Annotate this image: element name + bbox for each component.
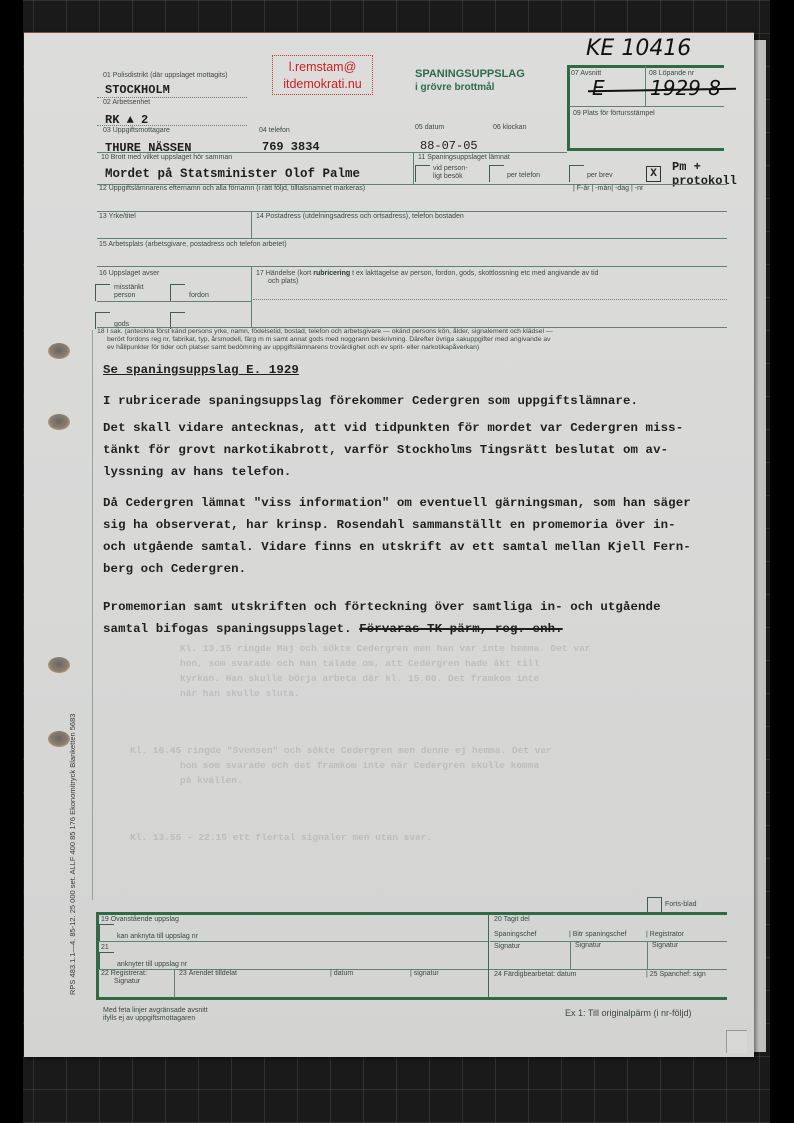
field-04-label: 04 telefon xyxy=(259,127,290,134)
divider xyxy=(251,266,252,328)
checkbox-suspect-person[interactable] xyxy=(95,284,110,301)
field-23-signature: | signatur xyxy=(410,970,439,977)
divider xyxy=(98,941,488,942)
field-22-label: 22 Registrerat: Signatur xyxy=(101,970,147,986)
body-paragraph-1: I rubricerade spaningsuppslag förekommer… xyxy=(103,394,638,408)
divider xyxy=(251,238,727,239)
checkbox-continuation-sheet[interactable] xyxy=(647,897,662,913)
note-line: ifylls ej av uppgiftsmottagaren xyxy=(103,1015,208,1023)
field-24-label: 24 Färdigbearbetat: datum xyxy=(494,971,577,978)
body-paragraph-3-line: sig ha observerat, har krinsp. Rosendahl… xyxy=(103,518,676,532)
body-paragraph-2-line: Det skall vidare antecknas, att vid tidp… xyxy=(103,421,683,435)
label-part: t ex lakttagelse av person, fordon, gods… xyxy=(352,270,598,277)
struck-text: Förvaras TK-pärm, reg. enh. xyxy=(359,622,562,636)
field-20-col-registrar: | Registrator xyxy=(646,931,684,938)
field-15-label: 15 Arbetsplats (arbetsgivare, postadress… xyxy=(99,241,287,248)
print-info-vertical: RPS 483.1.1—4. 85-12. 25 000 set. ALLF 4… xyxy=(68,714,77,995)
option-personal-visit: vid person- ligt besök xyxy=(433,165,468,181)
note-line: Med feta linjer avgränsade avsnitt xyxy=(103,1007,208,1015)
field-20-label: 20 Tagit del xyxy=(494,916,530,923)
body-heading: Se spaningsuppslag E. 1929 xyxy=(103,363,299,377)
email-stamp: l.remstam@ itdemokrati.nu xyxy=(272,55,373,95)
field-03-label: 03 Uppgiftsmottagare xyxy=(103,127,170,134)
field-10-label: 10 Brott med vilket uppslaget hör samman xyxy=(101,154,232,161)
field-13-label: 13 Yrke/titel xyxy=(99,213,136,220)
field-23-date: | datum xyxy=(330,970,353,977)
frame-left xyxy=(0,0,23,1123)
stamp-line: l.remstam@ xyxy=(273,59,372,76)
option-label: vid person- xyxy=(433,165,468,173)
label-part: rubricering xyxy=(313,270,350,277)
dotted-divider xyxy=(97,97,247,98)
body-paragraph-3-line: och utgående samtal. Vidare finns en uts… xyxy=(103,540,691,554)
signature-deputy: Signatur xyxy=(575,942,601,949)
field-12-date-columns: | F-år | -mån| -dag | -nr xyxy=(573,185,643,192)
checkbox-personal-visit[interactable] xyxy=(415,165,430,182)
dotted-divider xyxy=(253,299,727,300)
option-vehicle: fordon xyxy=(189,292,209,299)
field-02-label: 02 Arbetsenhet xyxy=(103,99,150,106)
field-21-label: 21 xyxy=(101,944,109,951)
field-16-label: 16 Uppslaget avser xyxy=(99,270,159,277)
divider xyxy=(488,914,489,998)
divider xyxy=(569,106,724,107)
field-07-handwritten: E xyxy=(592,76,605,100)
divider xyxy=(647,941,648,969)
divider xyxy=(97,152,567,153)
field-18-instructions: 18 I sak. (anteckna först känd persons y… xyxy=(97,328,553,352)
field-01-label: 01 Polisdistrikt (där uppslaget mottagit… xyxy=(103,72,228,79)
case-number-handwritten: KE 10416 xyxy=(586,36,691,61)
paper-edge xyxy=(754,40,766,1052)
divider xyxy=(97,211,727,212)
punch-hole-icon xyxy=(48,414,70,430)
option-by-phone: per telefon xyxy=(507,172,540,179)
checkbox-can-link[interactable] xyxy=(99,924,114,941)
body-paragraph-2-line: tänkt för grovt narkotikabrott, varför S… xyxy=(103,443,668,457)
field-23-label: 23 Ärendet tilldelat xyxy=(179,970,237,977)
field-09-label: 09 Plats för förtursstämpel xyxy=(573,110,655,117)
body-paragraph-2-line: lyssning av hans telefon. xyxy=(103,465,291,479)
thick-border xyxy=(567,65,570,151)
divider xyxy=(174,969,175,998)
checkbox-by-phone[interactable] xyxy=(489,165,504,182)
field-05-value: 88-07-05 xyxy=(420,139,478,153)
divider xyxy=(645,66,646,106)
field-20-col-deputy: | Bitr spaningschef xyxy=(569,931,626,938)
field-10-value: Mordet på Statsminister Olof Palme xyxy=(105,167,360,181)
copy-destination-note: Ex 1: Till originalpärm (i nr-följd) xyxy=(565,1008,692,1018)
punch-hole-icon xyxy=(48,657,70,673)
checkbox-vehicle[interactable] xyxy=(170,284,185,301)
divider xyxy=(97,301,251,302)
body-paragraph-4-line: Promemorian samt utskriften och förteckn… xyxy=(103,600,661,614)
field-06-label: 06 klockan xyxy=(493,124,526,131)
field-11-note-line1: Pm + xyxy=(672,160,701,174)
frame-right xyxy=(770,0,794,1123)
option-suspect-person: misstänkt person xyxy=(114,284,144,300)
divider xyxy=(97,266,727,267)
label-line: Signatur xyxy=(101,978,147,986)
thick-border xyxy=(96,997,727,1000)
body-paragraph-4-line: samtal bifogas spaningsuppslaget. Förvar… xyxy=(103,622,563,636)
field-21-option: anknyter till uppslag nr xyxy=(117,961,187,968)
dotted-divider xyxy=(97,125,247,126)
field-17-label-cont: och plats) xyxy=(268,278,298,285)
option-label: person xyxy=(114,292,144,300)
field-12-label: 12 Uppgiftslämnarens efternamn och alla … xyxy=(99,185,365,192)
divider xyxy=(97,238,251,239)
option-by-letter: per brev xyxy=(587,172,613,179)
field-01-value: STOCKHOLM xyxy=(105,83,170,97)
field-19-label: 19 Ovanstående uppslag xyxy=(101,916,179,923)
label-line: 22 Registrerat: xyxy=(101,970,147,978)
stamp-line: itdemokrati.nu xyxy=(273,76,372,93)
thick-border xyxy=(96,912,727,915)
checkbox-other-checked[interactable]: X xyxy=(646,166,661,182)
thick-border xyxy=(567,148,724,151)
divider xyxy=(570,941,571,969)
continuation-sheet-label: Forts-blad xyxy=(665,901,697,908)
field-11-label: 11 Spaningsuppslaget lämnat xyxy=(418,154,510,161)
form-subtitle: i grövre brottmål xyxy=(415,82,494,93)
instruction-line: berört fordons reg nr, fabrikat, typ, år… xyxy=(97,336,553,344)
field-20-col-chief: Spaningschef xyxy=(494,931,536,938)
field-19-option: kan anknyta till uppslag nr xyxy=(117,933,198,940)
checkbox-by-letter[interactable] xyxy=(569,165,584,182)
checkbox-links-to[interactable] xyxy=(99,952,114,969)
label-part: 17 Händelse (kort xyxy=(256,270,311,277)
field-17-label: 17 Händelse (kort rubricering t ex laktt… xyxy=(256,270,598,277)
option-label: ligt besök xyxy=(433,173,468,181)
paper-corner-fold xyxy=(726,1030,747,1053)
field-11-note-line2: protokoll xyxy=(672,174,737,188)
left-margin-line xyxy=(92,330,93,900)
signature-chief: Signatur xyxy=(494,943,520,950)
option-label: misstänkt xyxy=(114,284,144,292)
body-paragraph-3-line: Då Cedergren lämnat "viss information" o… xyxy=(103,496,691,510)
punch-hole-icon xyxy=(48,731,70,747)
body-paragraph-3-line: berg och Cedergren. xyxy=(103,562,246,576)
field-25-label: | 25 Spanchef: sign xyxy=(646,971,706,978)
footer-note: Med feta linjer avgränsade avsnitt ifyll… xyxy=(103,1007,208,1023)
divider xyxy=(251,211,252,239)
instruction-line: 18 I sak. (anteckna först känd persons y… xyxy=(97,328,553,336)
signature-registrar: Signatur xyxy=(652,942,678,949)
form-title: SPANINGSUPPSLAG xyxy=(415,68,525,80)
field-05-label: 05 datum xyxy=(415,124,444,131)
divider xyxy=(413,152,414,184)
instruction-line: ev hållpunkter för tider och platser sam… xyxy=(97,344,553,352)
field-14-label: 14 Postadress (utdelningsadress och orts… xyxy=(256,213,464,220)
divider xyxy=(490,941,727,942)
punch-hole-icon xyxy=(48,343,70,359)
body-text-span: samtal bifogas spaningsuppslaget. xyxy=(103,622,352,636)
